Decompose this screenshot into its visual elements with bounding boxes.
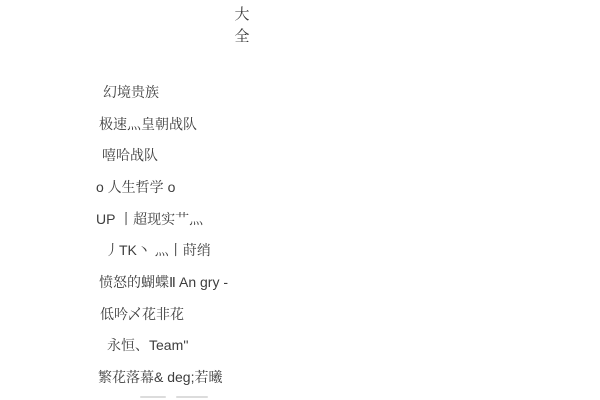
clipped-text-fragment (176, 396, 208, 398)
list-item: 繁花落幕& deg;若曦 (98, 370, 222, 385)
list-item: o 人生哲学 o (96, 180, 175, 195)
list-item: 愤怒的蝴蝶Ⅱ An gry - (99, 275, 228, 290)
page: 大 全 幻境贵族 极速灬皇朝战队 嘻哈战队 o 人生哲学 o UP 丨超现实艹灬… (0, 0, 600, 400)
page-title: 大 全 (210, 4, 275, 48)
list-item: 幻境贵族 (103, 85, 159, 100)
clipped-text-row (100, 395, 300, 400)
list-item: UP 丨超现实艹灬 (96, 212, 203, 227)
clipped-text-fragment (140, 396, 166, 398)
list-item: 永恒、Team'' (107, 338, 189, 353)
list-item: 低吟乄花非花 (100, 307, 184, 322)
list-item: 丿TK丶 灬丨莳绡 (105, 243, 211, 258)
page-title-line-1: 大 (210, 4, 275, 26)
list-item: 极速灬皇朝战队 (99, 117, 197, 132)
list-item: 嘻哈战队 (102, 148, 158, 163)
page-title-line-2: 全 (210, 26, 275, 48)
